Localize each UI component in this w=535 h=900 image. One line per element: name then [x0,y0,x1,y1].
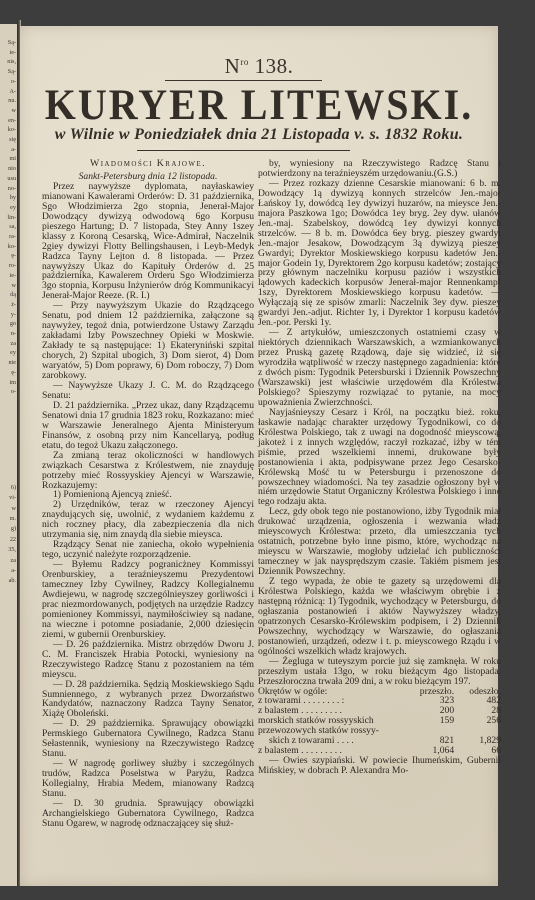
right-column: by, wyniesiony na Rzeczywistego Radzcę S… [258,159,501,776]
article-paragraph: Rządzący Senat nie zaniecha, około wypeł… [42,540,254,560]
article-paragraph: D. 21 października. „Przez ukaz, dany Rz… [42,401,254,451]
stats-cell-departed: 256 [454,716,501,726]
newspaper-page: Nro 138. KURYER LITEWSKI. w Wilnie w Pon… [20,26,498,886]
article-paragraph: 2) Urzędników, teraz w rzeczoney Ajencyi… [42,500,254,540]
adjacent-page-text: się [9,135,16,145]
adjacent-page-text: Są- [8,38,16,48]
shipping-stats-table: Okrętów w ogóle: przeszło. odeszło. z to… [258,687,501,757]
article-paragraph: — W nagrodę gorliwey służby i szczególny… [42,759,254,799]
article-paragraph: — Byłemu Radzcy pogranicżney Kommissyi O… [42,560,254,640]
adjacent-page-text: ie- [9,271,16,281]
adjacent-page-text: ie- [9,48,16,58]
adjacent-page-text: w [12,106,16,116]
newspaper-title: KURYER LITEWSKI. [20,79,498,130]
adjacent-page-text: Są- [8,67,16,77]
adjacent-page-text: usu [7,174,16,184]
adjacent-page-text: sa, [9,222,16,232]
adjacent-page-text: by [10,193,16,203]
adjacent-page-text: a- [11,566,16,576]
adjacent-page-text: ey [10,203,16,213]
article-paragraph: by, wyniesiony na Rzeczywistego Radzcę S… [258,159,501,179]
adjacent-page-text: w [12,504,16,514]
adjacent-page-text: A- [9,87,16,97]
adjacent-page-text: ab. [9,576,16,586]
adjacent-page-text: ko- [8,242,16,252]
article-paragraph: — D. 29 października. Sprawujący obowiąz… [42,719,254,759]
adjacent-page-text: nis, [7,57,16,67]
adjacent-page-text: y- [11,310,16,320]
adjacent-page-text: ż- [11,300,16,310]
adjacent-page-text: o- [11,387,16,397]
adjacent-page-text: lin- [7,213,16,223]
adjacent-page-text: no- [8,184,16,194]
section-heading: Wiadomości Krajowe. [42,159,254,169]
article-paragraph: — Naywyższe Ukazy J. C. M. do Rządzącego… [42,381,254,401]
adjacent-page-text: dą [10,290,16,300]
adjacent-page-text: za [11,556,17,566]
article-paragraph: Za zmianą teraz okoliczności w handlowyc… [42,451,254,491]
adjacent-page-text: 6) [11,483,16,493]
adjacent-page-text: ko- [8,125,16,135]
adjacent-page-text: vi- [9,493,16,503]
stats-cell-arrived: 159 [404,716,454,726]
adjacent-page-fragment: Są-ie-nis,Są-o-A-nu.wen-ko-sięa-miniousu… [0,24,18,886]
article-paragraph: Lecz, gdy obok tego nie postanowiono, iż… [258,507,501,577]
issue-number: Nro 138. [20,54,498,79]
adjacent-page-text: ro- [9,261,16,271]
adjacent-page-text: im [9,378,16,388]
adjacent-page-text: n- [11,329,16,339]
dateline: w Wilnie w Poniedziałek dnia 21 Listopad… [20,126,498,144]
article-paragraph: — D. 26 października. Mistrz obrzędów Dw… [42,640,254,680]
adjacent-page-text: mi [9,154,16,164]
adjacent-page-text: en- [8,116,16,126]
adjacent-page-text: ra- [9,232,16,242]
adjacent-page-text: ey [10,348,16,358]
issue-number-sup: ro [240,57,249,67]
adjacent-page-text: ę- [11,368,16,378]
adjacent-page-text: nio [8,164,16,174]
article-paragraph: — Żegluga w tuteyszym porcie już się zam… [258,657,501,687]
article-paragraph: — D. 30 grudnia. Sprawujący obowiązki Ar… [42,799,254,829]
adjacent-page-text: g) [11,524,16,534]
adjacent-page-text: ę- [11,251,16,261]
article-paragraph: — D. 28 października. Sędzią Moskiewskie… [42,680,254,720]
left-column: Wiadomości Krajowe. Sankt-Petersburg dni… [42,159,254,829]
adjacent-page-text: nie [8,358,16,368]
article-paragraph: Przez naywyższe dyplomata, nayłaskawiey … [42,182,254,301]
adjacent-page-text: m. [10,514,16,524]
article-paragraph: Nayjaśnieyszy Cesarz i Król, na początku… [258,408,501,508]
adjacent-page-text: za [11,339,17,349]
article-paragraph: — Przy naywyższym Ukazie do Rządzącego S… [42,301,254,381]
article-paragraph: — Przez rozkazy dzienne Cesarskie mianow… [258,179,501,328]
issue-number-value: 138. [255,54,294,78]
adjacent-page-text: w [12,281,16,291]
adjacent-page-text: 22 [10,535,16,545]
closing-paragraph: — Owies szypiański. W powiecie Ihumeński… [258,756,501,776]
article-paragraph: Z tego wypada, że obie te gazety są urzę… [258,577,501,657]
adjacent-page-text: nu. [8,96,16,106]
adjacent-page-text: a- [11,145,16,155]
article-paragraph: — Z artykułów, umieszczonych ostatniemi … [258,328,501,408]
adjacent-page-text: 35, [8,545,16,555]
dateline-rule [137,150,350,151]
adjacent-page-text: o- [11,77,16,87]
adjacent-page-text: go [10,319,16,329]
issue-number-prefix: N [225,54,241,78]
